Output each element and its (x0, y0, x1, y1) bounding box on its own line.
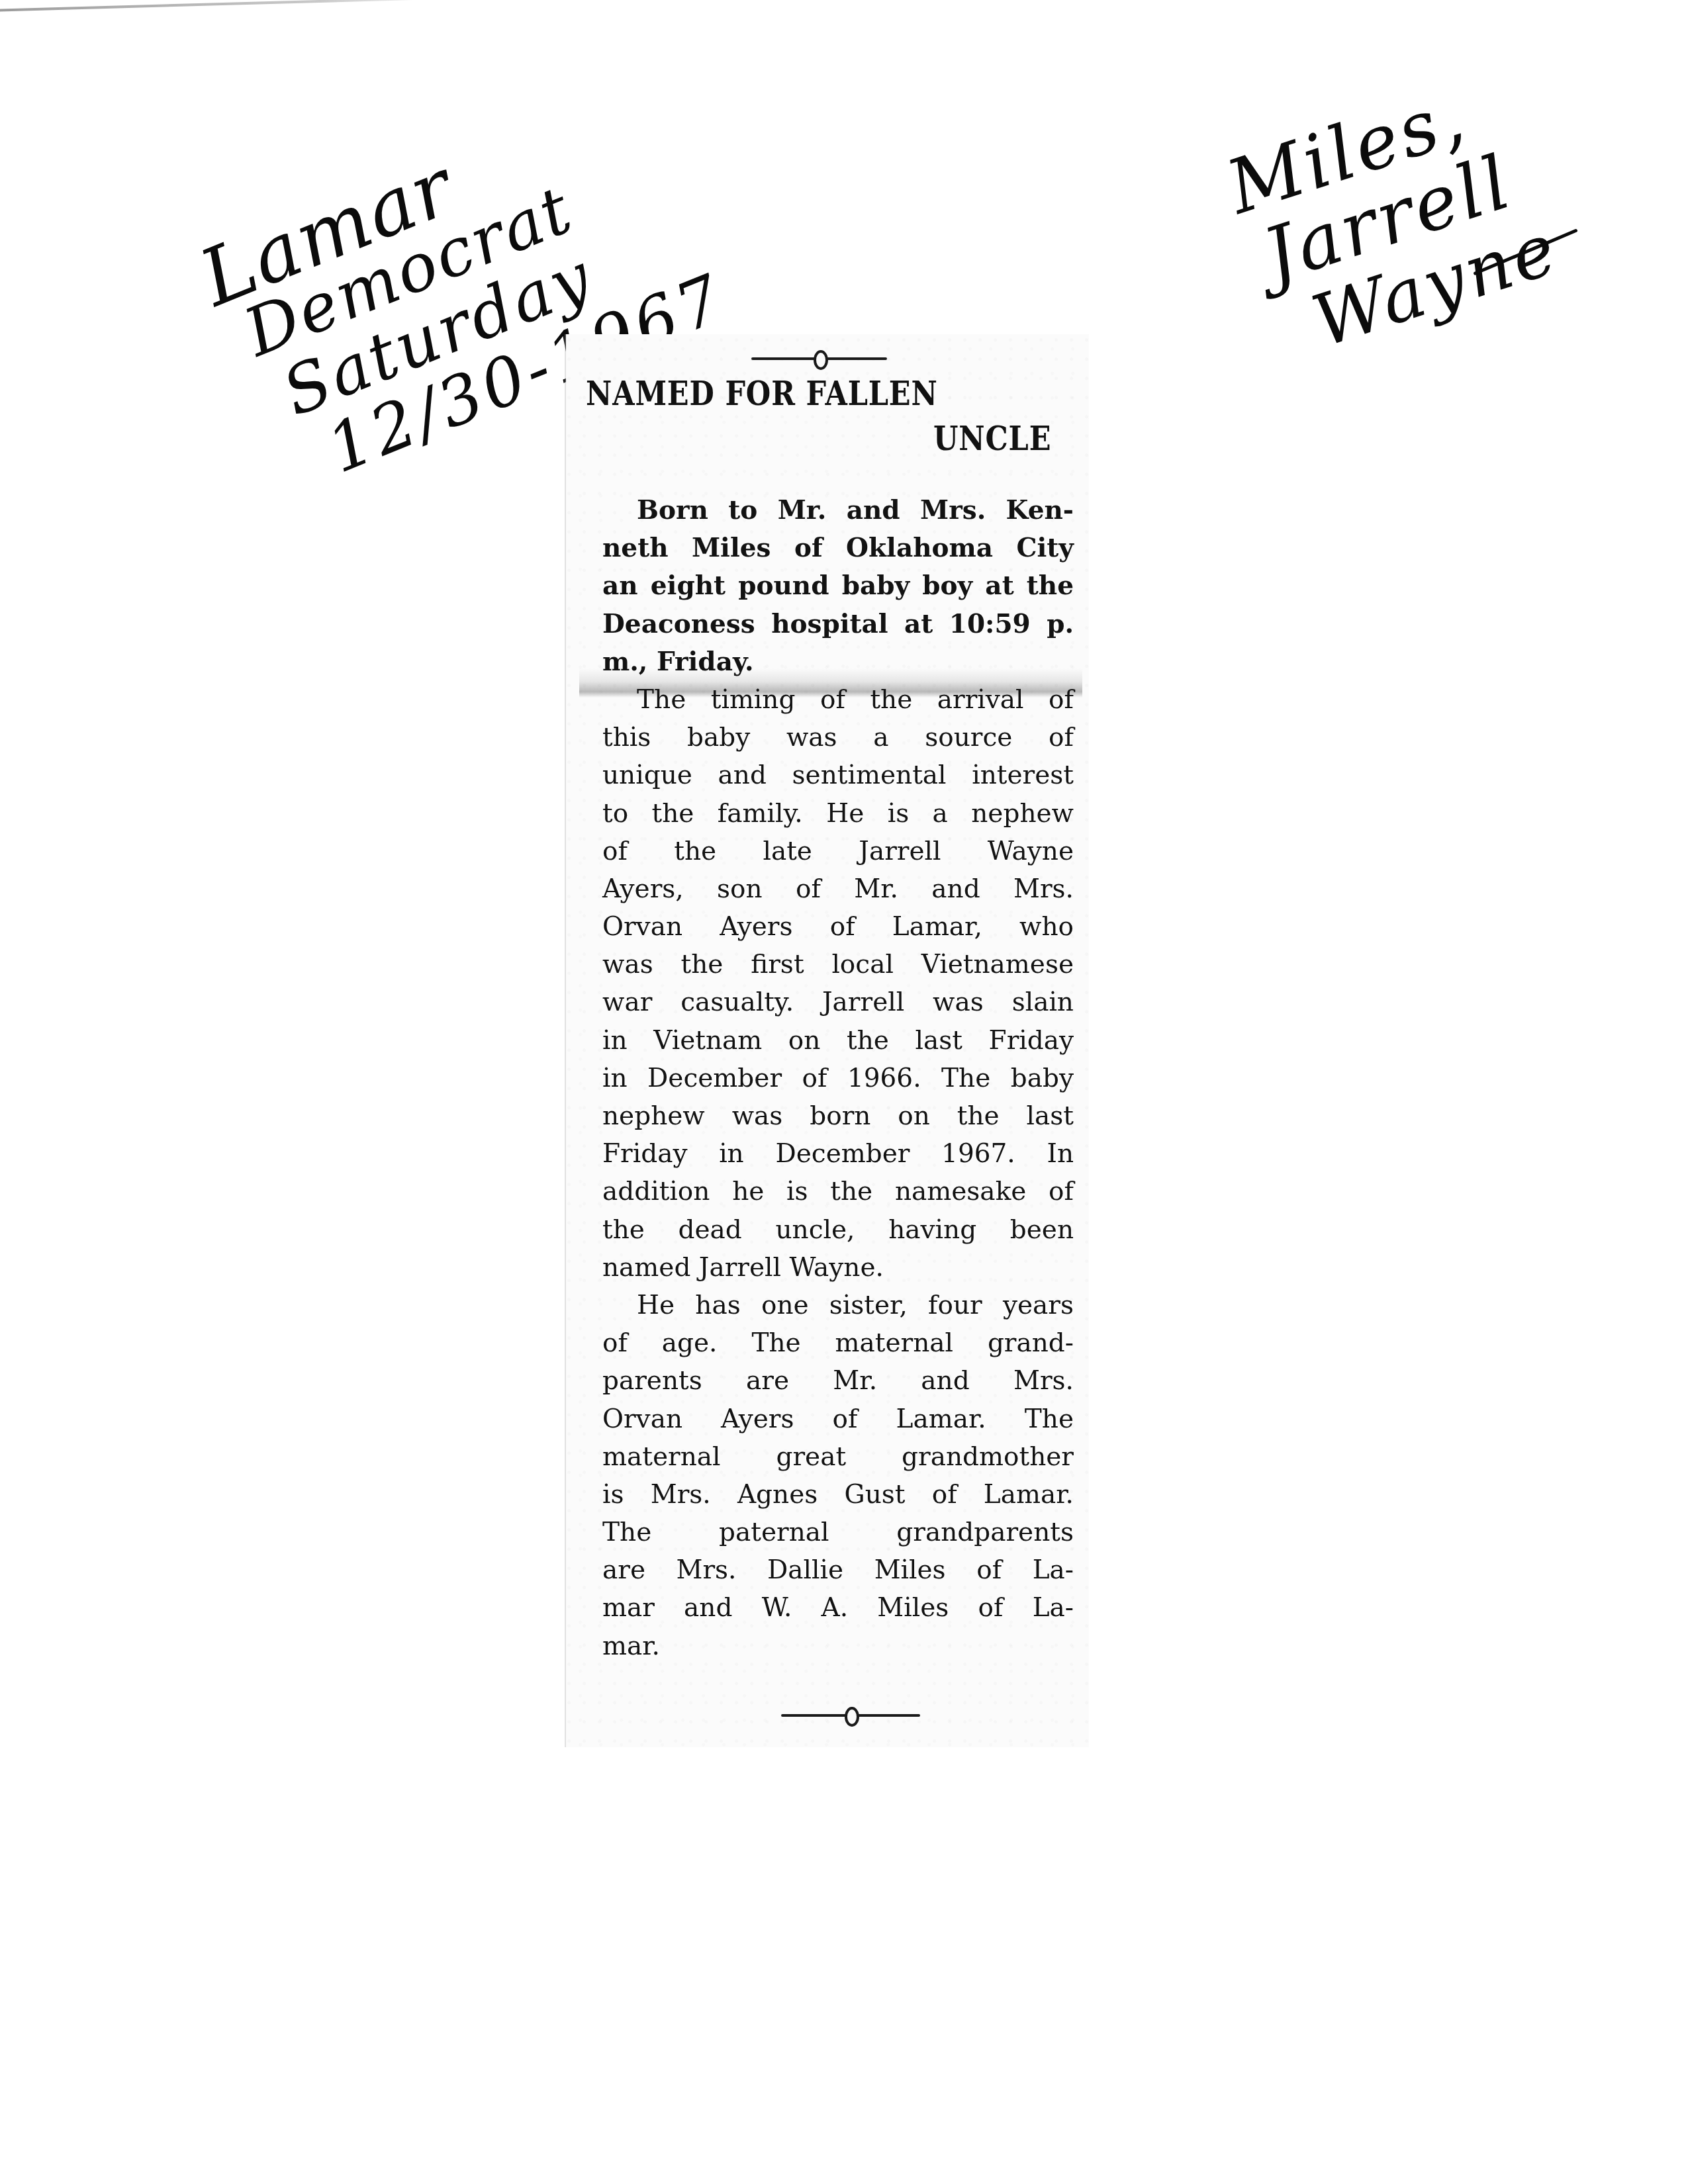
text-line: the dead uncle, having been (602, 1211, 1074, 1249)
text-line: unique and sentimental interest (602, 756, 1074, 794)
text-line: m., Friday. (602, 643, 1074, 681)
newspaper-clipping: NAMED FOR FALLEN UNCLE Born to Mr. and M… (566, 334, 1089, 1747)
text-line: this baby was a source of (602, 719, 1074, 756)
text-line: Born to Mr. and Mrs. Ken- (602, 492, 1074, 529)
text-line: The paternal grandparents (602, 1514, 1074, 1551)
text-line: maternal great grandmother (602, 1438, 1074, 1476)
text-line: of the late Jarrell Wayne (602, 833, 1074, 870)
text-line: Orvan Ayers of Lamar. The (602, 1400, 1074, 1438)
scan-edge-line (0, 0, 463, 12)
text-line: in December of 1966. The baby (602, 1060, 1074, 1097)
text-line: of age. The maternal grand- (602, 1324, 1074, 1362)
text-line: Ayers, son of Mr. and Mrs. (602, 870, 1074, 908)
text-line: The timing of the arrival of (602, 681, 1074, 719)
text-line: is Mrs. Agnes Gust of Lamar. (602, 1476, 1074, 1514)
text-line: neth Miles of Oklahoma City (602, 529, 1074, 567)
text-line: nephew was born on the last (602, 1097, 1074, 1135)
text-line: He has one sister, four years (602, 1287, 1074, 1324)
text-line: mar and W. A. Miles of La- (602, 1589, 1074, 1627)
text-line: Friday in December 1967. In (602, 1135, 1074, 1173)
text-line: Deaconess hospital at 10:59 p. (602, 606, 1074, 643)
handwritten-subject-name: Miles, Jarrell Wayne (1184, 46, 1597, 417)
paragraph-3: He has one sister, four years of age. Th… (602, 1287, 1074, 1665)
text-line: mar. (602, 1627, 1074, 1665)
paragraph-2: The timing of the arrival of this baby w… (602, 681, 1074, 1287)
rule-knot-icon (814, 350, 828, 370)
headline-line-2: UNCLE (933, 419, 1051, 458)
ornamental-rule-icon (781, 1714, 920, 1717)
article-body: Born to Mr. and Mrs. Ken- neth Miles of … (602, 492, 1074, 1665)
ornamental-rule-icon (751, 357, 887, 360)
rule-knot-icon (845, 1707, 859, 1727)
text-line: addition he is the namesake of (602, 1173, 1074, 1210)
text-line: parents are Mr. and Mrs. (602, 1362, 1074, 1400)
paragraph-1: Born to Mr. and Mrs. Ken- neth Miles of … (602, 492, 1074, 681)
text-line: was the first local Vietnamese (602, 946, 1074, 983)
text-line: war casualty. Jarrell was slain (602, 983, 1074, 1021)
text-line: are Mrs. Dallie Miles of La- (602, 1551, 1074, 1589)
text-line: to the family. He is a nephew (602, 795, 1074, 833)
text-line: in Vietnam on the last Friday (602, 1022, 1074, 1060)
text-line: Orvan Ayers of Lamar, who (602, 908, 1074, 946)
text-line: an eight pound baby boy at the (602, 567, 1074, 605)
headline-line-1: NAMED FOR FALLEN (586, 374, 938, 413)
text-line: named Jarrell Wayne. (602, 1249, 1074, 1287)
